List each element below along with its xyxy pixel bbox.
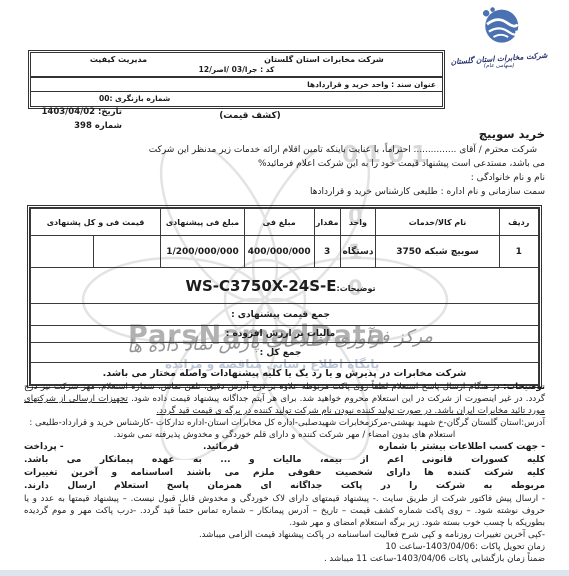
cell-quantity: 3 [314,236,340,268]
table-row: 1 سوییچ شبکه 3750 دستگاه 3 400/000/000 1… [31,236,539,268]
info-line-left: - پرداخت [24,441,64,454]
address-line: آدرس:استان گلستان گرگان-خ شهید بهشتی-مرک… [24,417,545,429]
letter-body-line2: می باشد، مستدعی است پیشنهاد قیمت خود را … [24,157,545,171]
terms-label: توضیحات: [503,382,545,392]
vat-label: مالیات بر ارزش افزوده : [31,326,539,343]
letter-body-line1: شرکت محترم / آقای ............... احترام… [24,143,545,157]
info-line-mid: فرمائید. [203,441,239,454]
notes-model-number: WS-C3750X-24S-E [185,277,336,295]
cell-unit: دستگاه [340,236,376,268]
sheet-type-label: (کشف قیمت) [0,111,500,121]
notes-row: توضیحات:WS-C3750X-24S-E [31,268,539,304]
cell-unit-price: 400/000/000 [244,236,314,268]
header-doc-code: کد : جرا/03 /اصر/12 [31,64,442,78]
header-doc-title: عنوان سند : واحد خرید و قراردادها [31,78,442,92]
cell-offer-total-price-blank [31,236,94,268]
cell-offer-unit-price-blank [93,236,160,268]
document-page: 0101 0 1 0 ParsNamadData مرکز فرآوری اطل… [0,0,569,576]
col-unit: واحد [340,209,376,236]
company-logo: شرکت مخابرات استان گلستان (سهامی عام) [449,5,549,69]
letter-title: خرید سوییچ [24,127,545,141]
header-quality-dept: مدیریت کیفیت [31,55,206,64]
vat-row: مالیات بر ارزش افزوده : [31,326,539,343]
info-line: - جهت کسب اطلاعات بیشتر با شماره فرمائید… [24,441,545,454]
price-table: ردیف نام کالا/خدمات واحد مقدار مبلغ فی م… [30,208,539,385]
header-company-name: شرکت مخابرات استان گلستان [206,55,442,64]
grand-total-row: جمع کل : [31,343,539,363]
org-position-label: سمت سازمانی و نام اداره : طلیعی کارشناس … [24,185,545,199]
header-table: شرکت مخابرات استان گلستان مدیریت کیفیت ک… [28,50,445,109]
deductions-line: کلیه کسورات قانونی اعم از بیمه، مالیات و… [24,454,545,467]
price-table-wrapper: ردیف نام کالا/خدمات واحد مقدار مبلغ فی م… [27,205,542,388]
col-unit-price: مبلغ فی [244,209,314,236]
delivery-time-line: زمان تحویل پاکات :1403/04/06-ساعت 10 [24,541,545,553]
col-proposed-unit-price: مبلغ فی پیشنهادی [161,209,245,236]
proposed-sum-row: جمع قیمت پیشنهادی : [31,304,539,326]
grand-total-label: جمع کل : [31,343,539,363]
terms-paragraph: توضیحات: در هنگام ارسال پاسخ استعلام لطف… [24,381,545,417]
col-quantity: مقدار [314,209,340,236]
recipient-name-label: نام و نام خانوادگی : [24,171,545,185]
notes-label: توضیحات: [337,284,376,293]
bottom-strip [0,570,569,576]
col-offered-price: قیمت فی و کل پشنهادی [31,209,161,236]
cell-row-number: 1 [499,236,538,268]
legal-entity-line1: کلیه شرکت کننده ها دارای شخصیت حقوقی ملز… [24,467,545,480]
header-revision-number: شماره بازنگری :00 [31,92,442,106]
tci-logo-icon [476,5,522,49]
col-item-name: نام کالا/خدمات [376,209,499,236]
col-row-number: ردیف [499,209,538,236]
newspaper-copy-line: -کپی آخرین تغییرات روزنامه و کپی شرح فعا… [24,529,545,541]
letter-intro: خرید سوییچ شرکت محترم / آقای ...........… [24,127,545,199]
cell-item-name: سوییچ شبکه 3750 [376,236,499,268]
opening-time-line: ضمناً زمان بازگشایی پاکات 1403/04/06-ساع… [24,553,545,565]
rejection-note: استعلام های بدون امضاء / مهر شرکت کننده … [24,429,545,441]
terms-section: توضیحات: در هنگام ارسال پاسخ استعلام لطف… [24,381,545,565]
legal-entity-line2: مربوطه به شرکت را در پاکت جداگانه ای همز… [24,480,545,493]
price-table-header-row: ردیف نام کالا/خدمات واحد مقدار مبلغ فی م… [31,209,539,236]
cell-proposed-total: 1/200/000/000 [161,236,245,268]
proposed-sum-label: جمع قیمت پیشنهادی : [31,304,539,326]
info-line-right: - جهت کسب اطلاعات بیشتر با شماره [379,441,545,454]
invoice-paragraph: - ارسال پیش فاکتور شرکت از طریق سایت .- … [24,493,545,529]
